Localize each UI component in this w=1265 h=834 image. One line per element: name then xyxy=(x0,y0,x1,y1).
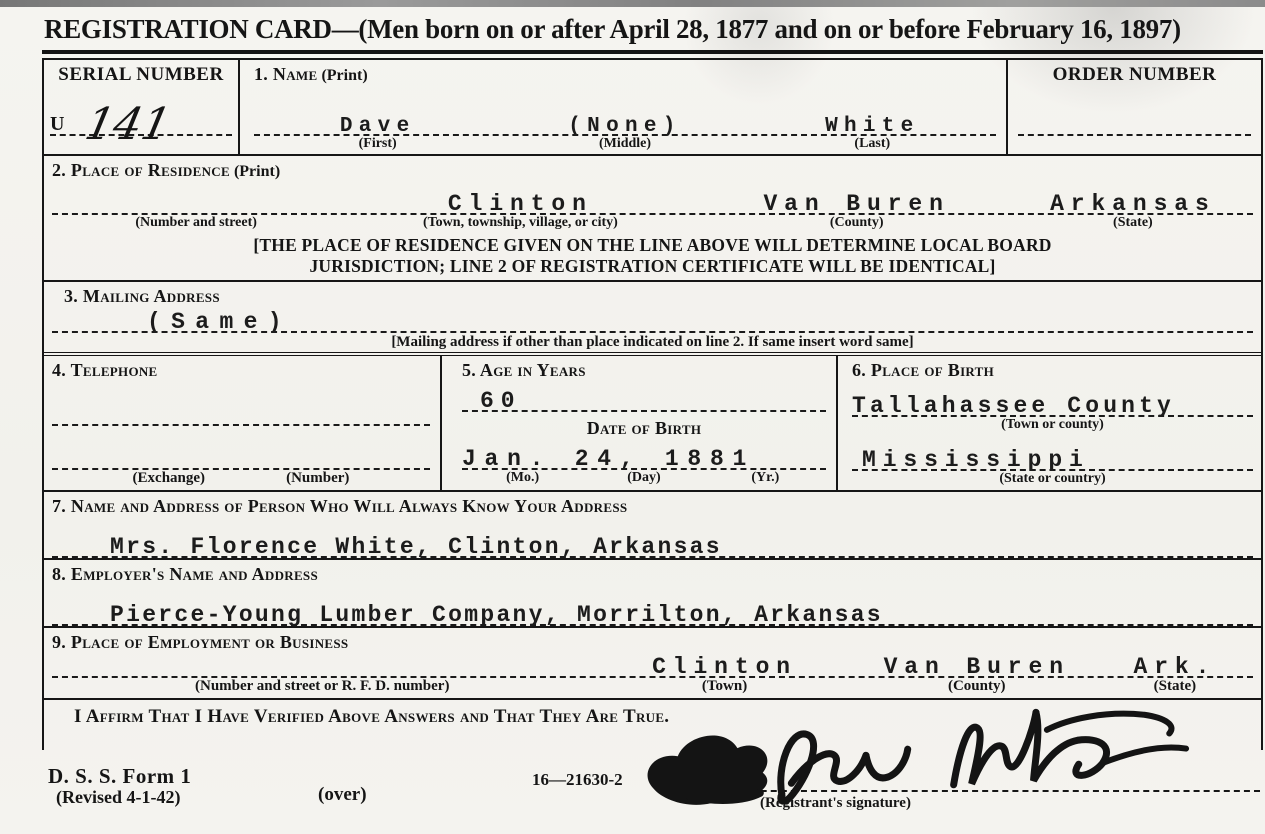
name-last-value: White xyxy=(749,115,996,138)
employer-value: Pierce-Young Lumber Company, Morrilton, … xyxy=(110,602,883,628)
dob-value: Jan. 24, 1881 xyxy=(462,446,755,472)
mailing-sublabel: [Mailing address if other than place ind… xyxy=(391,334,913,350)
birthplace-town-value: Tallahassee County xyxy=(852,393,1175,419)
mailing-field: (Same) xyxy=(52,309,1253,333)
name-middle-sublabel: (Middle) xyxy=(501,136,748,154)
row-contact: 7. Name and Address of Person Who Will A… xyxy=(44,492,1261,560)
telephone-exchange-sublabel: (Exchange) xyxy=(133,470,206,490)
residence-town-sublabel: (Town, township, village, or city) xyxy=(340,215,700,235)
telephone-cell: 4. Telephone (Exchange) (Number) xyxy=(44,356,442,490)
serial-number-handwritten: 141 xyxy=(83,107,174,142)
card-body: SERIAL NUMBER U 141 1. Name (Print) xyxy=(42,58,1263,750)
jurisdiction-notice-line1: [THE PLACE OF RESIDENCE GIVEN ON THE LIN… xyxy=(52,235,1253,256)
residence-county-sublabel: (County) xyxy=(701,215,1013,235)
serial-number-label: SERIAL NUMBER xyxy=(50,64,232,86)
dob-month-sublabel: (Mo.) xyxy=(462,470,583,490)
birthplace-label: 6. Place of Birth xyxy=(852,360,1253,381)
jurisdiction-notice-line2: JURISDICTION; LINE 2 OF REGISTRATION CER… xyxy=(52,256,1253,280)
employer-field: Pierce-Young Lumber Company, Morrilton, … xyxy=(52,602,1253,626)
employment-label: 9. Place of Employment or Business xyxy=(52,632,1253,653)
serial-prefix: U xyxy=(50,113,64,136)
birthplace-town-sublabel: (Town or county) xyxy=(852,417,1253,436)
name-first-sublabel: (First) xyxy=(254,136,501,154)
telephone-exchange-field xyxy=(52,406,430,426)
telephone-number-field xyxy=(52,450,430,470)
row-serial-name-order: SERIAL NUMBER U 141 1. Name (Print) xyxy=(44,60,1261,156)
order-number-cell: ORDER NUMBER xyxy=(1008,60,1261,154)
contact-value: Mrs. Florence White, Clinton, Arkansas xyxy=(110,534,722,560)
residence-state-sublabel: (State) xyxy=(1013,215,1253,235)
residence-county-value: Van Buren xyxy=(701,191,1013,217)
dob-year-sublabel: (Yr.) xyxy=(705,470,826,490)
registration-card-scan: REGISTRATION CARD—(Men born on or after … xyxy=(0,0,1265,834)
name-label-suffix: (Print) xyxy=(321,67,367,84)
title-rule xyxy=(42,50,1263,54)
form-revision: (Revised 4-1-42) xyxy=(56,787,180,808)
page-title: REGISTRATION CARD—(Men born on or after … xyxy=(44,14,1254,45)
birthplace-state-field: Mississippi xyxy=(852,447,1253,471)
residence-state-value: Arkansas xyxy=(1013,191,1253,217)
age-field: 60 xyxy=(462,388,826,412)
dob-field: Jan. 24, 1881 xyxy=(462,446,826,470)
contact-field: Mrs. Florence White, Clinton, Arkansas xyxy=(52,534,1253,558)
age-value: 60 xyxy=(480,388,521,414)
employment-street-sublabel: (Number and street or R. F. D. number) xyxy=(52,678,592,698)
mailing-label: 3. Mailing Address xyxy=(52,286,1253,307)
form-number: D. S. S. Form 1 xyxy=(48,764,191,789)
over-note: (over) xyxy=(318,784,367,806)
birthplace-town-field: Tallahassee County xyxy=(852,393,1253,417)
residence-field: Clinton Van Buren Arkansas xyxy=(52,191,1253,215)
age-cell: 5. Age in Years 60 Date of Birth Jan. 24… xyxy=(442,356,838,490)
row-mailing: 3. Mailing Address (Same) [Mailing addre… xyxy=(44,282,1261,356)
mailing-value: (Same) xyxy=(147,309,292,335)
name-cell: 1. Name (Print) Dave (None) White (First… xyxy=(240,60,1008,154)
row-employer: 8. Employer's Name and Address Pierce-Yo… xyxy=(44,560,1261,628)
telephone-label: 4. Telephone xyxy=(52,360,430,381)
dob-day-sublabel: (Day) xyxy=(583,470,704,490)
name-field: Dave (None) White xyxy=(254,115,996,136)
scan-edge-band xyxy=(0,0,1265,7)
name-last-sublabel: (Last) xyxy=(749,136,996,154)
birthplace-state-sublabel: (State or country) xyxy=(852,471,1253,490)
serial-number-field: U 141 xyxy=(50,107,232,136)
residence-label-suffix: (Print) xyxy=(234,163,280,180)
employment-town-value: Clinton xyxy=(592,654,856,680)
birthplace-state-value: Mississippi xyxy=(862,447,1090,473)
residence-street-sublabel: (Number and street) xyxy=(52,215,340,235)
telephone-number-sublabel: (Number) xyxy=(286,470,349,490)
age-label: 5. Age in Years xyxy=(462,360,826,381)
employer-label: 8. Employer's Name and Address xyxy=(52,564,1253,585)
name-middle-value: (None) xyxy=(501,115,748,138)
row-telephone-age-birth: 4. Telephone (Exchange) (Number) xyxy=(44,356,1261,492)
serial-number-cell: SERIAL NUMBER U 141 xyxy=(44,60,240,154)
residence-label: 2. Place of Residence xyxy=(52,160,230,180)
row-residence: 2. Place of Residence (Print) Clinton Va… xyxy=(44,156,1261,282)
affirmation-text: I Affirm That I Have Verified Above Answ… xyxy=(74,706,669,727)
order-number-label: ORDER NUMBER xyxy=(1018,64,1251,86)
print-code: 16—21630-2 xyxy=(532,770,623,790)
contact-label: 7. Name and Address of Person Who Will A… xyxy=(52,496,1253,517)
employment-county-value: Van Buren xyxy=(857,654,1097,680)
birthplace-cell: 6. Place of Birth Tallahassee County (To… xyxy=(838,356,1261,490)
dob-label: Date of Birth xyxy=(462,418,826,439)
order-number-field xyxy=(1018,112,1251,136)
name-first-value: Dave xyxy=(254,115,501,138)
residence-town-value: Clinton xyxy=(340,191,700,217)
employment-field: Clinton Van Buren Ark. xyxy=(52,654,1253,678)
name-label: 1. Name xyxy=(254,64,317,84)
